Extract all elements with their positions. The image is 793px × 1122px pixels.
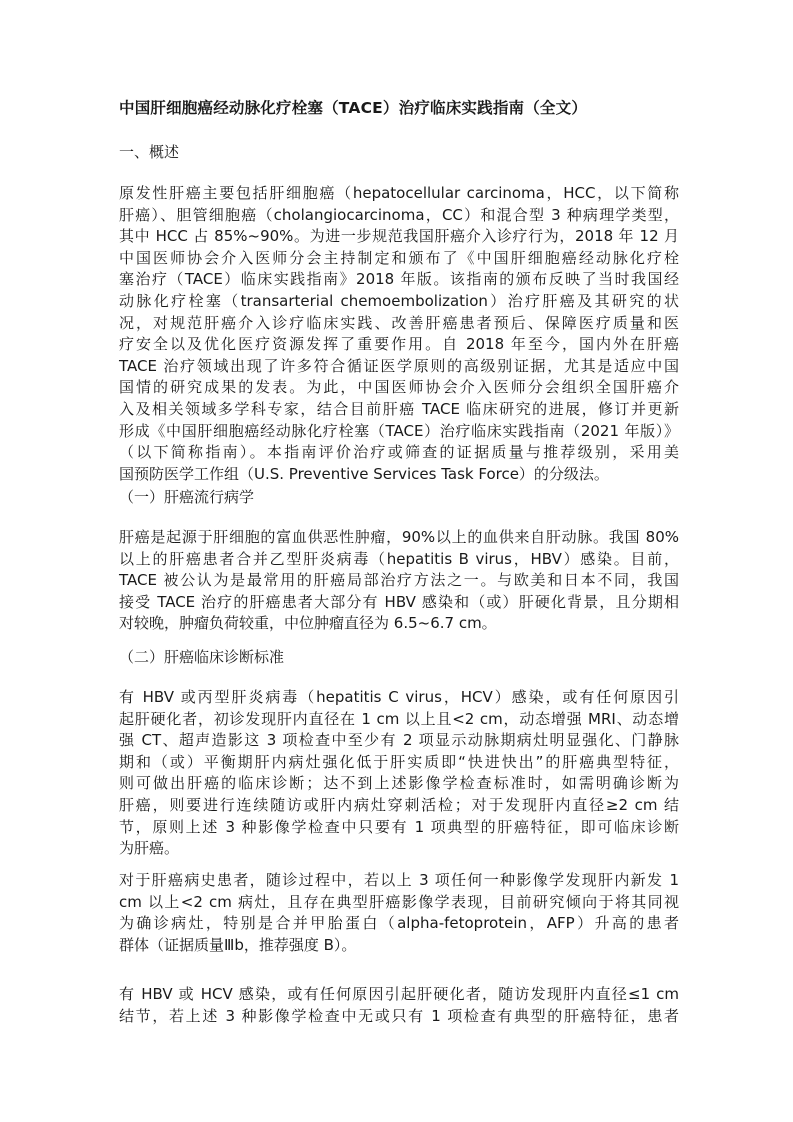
text-line: 结节，若上述 3 种影像学检查中无或只有 1 项检查有典型的肝癌特征，患者 — [119, 1006, 679, 1028]
text-line: 况，对规范肝癌介入诊疗临床实践、改善肝癌患者预后、保障医疗质量和医 — [119, 313, 679, 335]
paragraph-overview: 原发性肝癌主要包括肝细胞癌（hepatocellular carcinoma，H… — [119, 183, 679, 485]
text-line: 起肝硬化者，初诊发现肝内直径在 1 cm 以上且<2 cm，动态增强 MRI、动… — [119, 709, 679, 731]
text-line: 则可做出肝癌的临床诊断；达不到上述影像学检查标准时，如需明确诊断为 — [119, 773, 679, 795]
paragraph-diagnosis-1: 有 HBV 或丙型肝炎病毒（hepatitis C virus，HCV）感染，或… — [119, 687, 679, 860]
text-line: 国情的研究成果的发表。为此，中国医师协会介入医师分会组织全国肝癌介 — [119, 377, 679, 399]
text-line: 为确诊病灶，特别是合并甲胎蛋白（alpha-fetoprotein，AFP）升高… — [119, 913, 679, 935]
text-line: 动脉化疗栓塞（transarterial chemoembolization）治… — [119, 291, 679, 313]
text-line: 其中 HCC 占 85%~90%。为进一步规范我国肝癌介入诊疗行为，2018 年… — [119, 226, 679, 248]
text-line: 接受 TACE 治疗的肝癌患者大部分有 HBV 感染和（或）肝硬化背景，且分期相 — [119, 592, 679, 614]
text-line: 有 HBV 或 HCV 感染，或有任何原因引起肝硬化者，随访发现肝内直径≤1 c… — [119, 984, 679, 1006]
text-line: 肝癌，则要进行连续随访或肝内病灶穿刺活检；对于发现肝内直径≥2 cm 结 — [119, 795, 679, 817]
text-line: 塞治疗（TACE）临床实践指南》2018 年版。该指南的颁布反映了当时我国经 — [119, 269, 679, 291]
text-line: 中国医师协会介入医师分会主持制定和颁布了《中国肝细胞癌经动脉化疗栓 — [119, 248, 679, 270]
text-line: 疗安全以及优化医疗资源发挥了重要作用。自 2018 年至今，国内外在肝癌 — [119, 334, 679, 356]
text-line: 以上的肝癌患者合并乙型肝炎病毒（hepatitis B virus，HBV）感染… — [119, 549, 679, 571]
text-line: 形成《中国肝细胞癌经动脉化疗栓塞（TACE）治疗临床实践指南（2021 年版）》 — [119, 421, 679, 443]
text-line: TACE 治疗领域出现了许多符合循证医学原则的高级别证据，尤其是适应中国 — [119, 356, 679, 378]
text-line: 群体（证据质量Ⅲb，推荐强度 B）。 — [119, 935, 679, 957]
text-line: 强 CT、超声造影这 3 项检查中至少有 2 项显示动脉期病灶明显强化、门静脉 — [119, 730, 679, 752]
text-line: 节，原则上述 3 种影像学检查中只要有 1 项典型的肝癌特征，即可临床诊断 — [119, 817, 679, 839]
text-line: 原发性肝癌主要包括肝细胞癌（hepatocellular carcinoma，H… — [119, 183, 679, 205]
text-line: 有 HBV 或丙型肝炎病毒（hepatitis C virus，HCV）感染，或… — [119, 687, 679, 709]
text-line: 入及相关领域多学科专家，结合目前肝癌 TACE 临床研究的进展，修订并更新 — [119, 399, 679, 421]
section-heading-diagnosis: （二）肝癌临床诊断标准 — [119, 646, 284, 667]
text-line: 期和（或）平衡期肝内病灶强化低于肝实质即“快进快出”的肝癌典型特征， — [119, 752, 679, 774]
document-title: 中国肝细胞癌经动脉化疗栓塞（TACE）治疗临床实践指南（全文） — [119, 96, 587, 118]
text-line: 肝癌是起源于肝细胞的富血供恶性肿瘤，90%以上的血供来自肝动脉。我国 80% — [119, 527, 679, 549]
text-line: TACE 被公认为是最常用的肝癌局部治疗方法之一。与欧美和日本不同，我国 — [119, 570, 679, 592]
text-line: 对于肝癌病史患者，随诊过程中，若以上 3 项任何一种影像学发现肝内新发 1 — [119, 870, 679, 892]
paragraph-epidemiology: 肝癌是起源于肝细胞的富血供恶性肿瘤，90%以上的血供来自肝动脉。我国 80% 以… — [119, 527, 679, 635]
section-heading-overview: 一、概述 — [119, 141, 179, 162]
document-page: 中国肝细胞癌经动脉化疗栓塞（TACE）治疗临床实践指南（全文） 一、概述 原发性… — [0, 0, 793, 1122]
paragraph-diagnosis-2: 对于肝癌病史患者，随诊过程中，若以上 3 项任何一种影像学发现肝内新发 1 cm… — [119, 870, 679, 956]
text-line: cm 以上<2 cm 病灶，且存在典型肝癌影像学表现，目前研究倾向于将其同视 — [119, 892, 679, 914]
text-line: 对较晚，肿瘤负荷较重，中位肿瘤直径为 6.5~6.7 cm。 — [119, 613, 679, 635]
paragraph-diagnosis-3: 有 HBV 或 HCV 感染，或有任何原因引起肝硬化者，随访发现肝内直径≤1 c… — [119, 984, 679, 1027]
text-line: 为肝癌。 — [119, 838, 679, 860]
text-line: 国预防医学工作组（U.S. Preventive Services Task F… — [119, 464, 679, 486]
text-line: （以下简称指南）。本指南评价治疗或筛查的证据质量与推荐级别，采用美 — [119, 442, 679, 464]
section-heading-epidemiology: （一）肝癌流行病学 — [119, 486, 254, 507]
text-line: 肝癌）、胆管细胞癌（cholangiocarcinoma，CC）和混合型 3 种… — [119, 205, 679, 227]
